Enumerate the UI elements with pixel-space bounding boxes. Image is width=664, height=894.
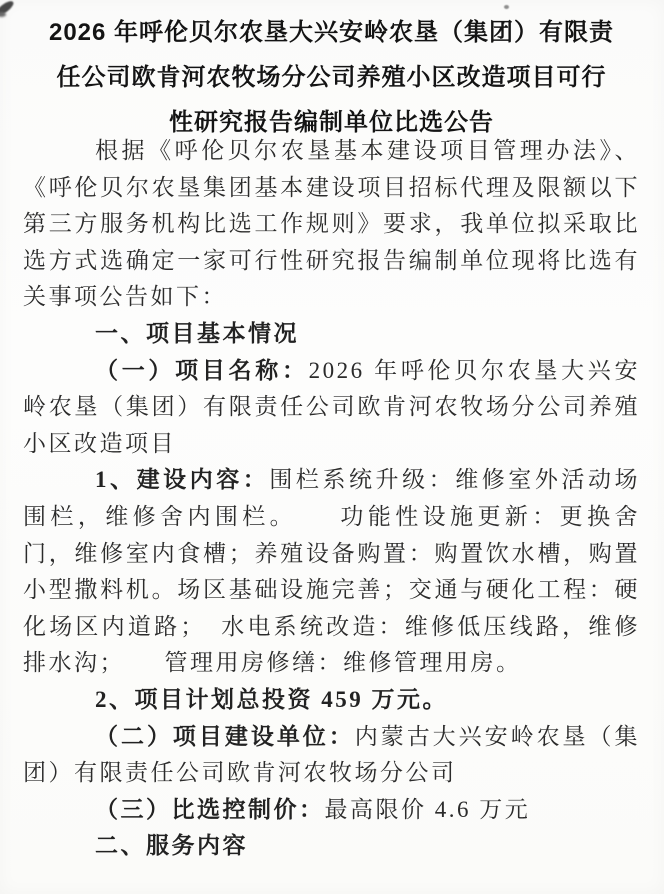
label-text: （一）项目名称： [95,358,309,383]
body-text: 根据《呼伦贝尔农垦基本建设项目管理办法》、《呼伦贝尔农垦集团基本建设项目招标代理… [23,138,640,309]
paragraph: （一）项目名称：2026 年呼伦贝尔农垦大兴安岭农垦（集团）有限责任公司欧肯河农… [23,353,640,463]
paragraph: （三）比选控制价：最高限价 4.6 万元 [23,792,640,829]
title-line-1: 2026 年呼伦贝尔农垦大兴安岭农垦（集团）有限责 [23,10,640,55]
scan-smudge-icon [0,0,15,17]
paragraph: 根据《呼伦贝尔农垦基本建设项目管理办法》、《呼伦贝尔农垦集团基本建设项目招标代理… [23,133,640,316]
body-text: 最高限价 4.6 万元 [325,797,531,822]
body-text: 围栏系统升级：维修室外活动场围栏，维修舍内围栏。 功能性设施更新：更换舍门，维修… [23,467,640,675]
label-text: （二）项目建设单位： [95,724,355,749]
paragraph: 一、项目基本情况 [23,316,640,353]
scan-smudge-icon [0,12,6,17]
paragraph: 二、服务内容 [23,828,640,865]
label-text: 二、服务内容 [95,833,248,858]
label-text: 一、项目基本情况 [95,321,299,346]
document-title: 2026 年呼伦贝尔农垦大兴安岭农垦（集团）有限责 任公司欧肯河农牧场分公司养殖… [23,10,640,145]
label-text: 2、项目计划总投资 459 万元。 [95,687,448,712]
label-text: （三）比选控制价： [95,797,325,822]
document-page: 2026 年呼伦贝尔农垦大兴安岭农垦（集团）有限责 任公司欧肯河农牧场分公司养殖… [0,0,664,894]
paragraph: （二）项目建设单位：内蒙古大兴安岭农垦（集团）有限责任公司欧肯河农牧场分公司 [23,719,640,792]
paragraph: 1、建设内容：围栏系统升级：维修室外活动场围栏，维修舍内围栏。 功能性设施更新：… [23,462,640,682]
document-body: 根据《呼伦贝尔农垦基本建设项目管理办法》、《呼伦贝尔农垦集团基本建设项目招标代理… [23,133,640,865]
label-text: 1、建设内容： [95,467,269,492]
scan-dot-icon [504,5,509,9]
paragraph: 2、项目计划总投资 459 万元。 [23,682,640,719]
title-line-2: 任公司欧肯河农牧场分公司养殖小区改造项目可行 [23,55,640,100]
